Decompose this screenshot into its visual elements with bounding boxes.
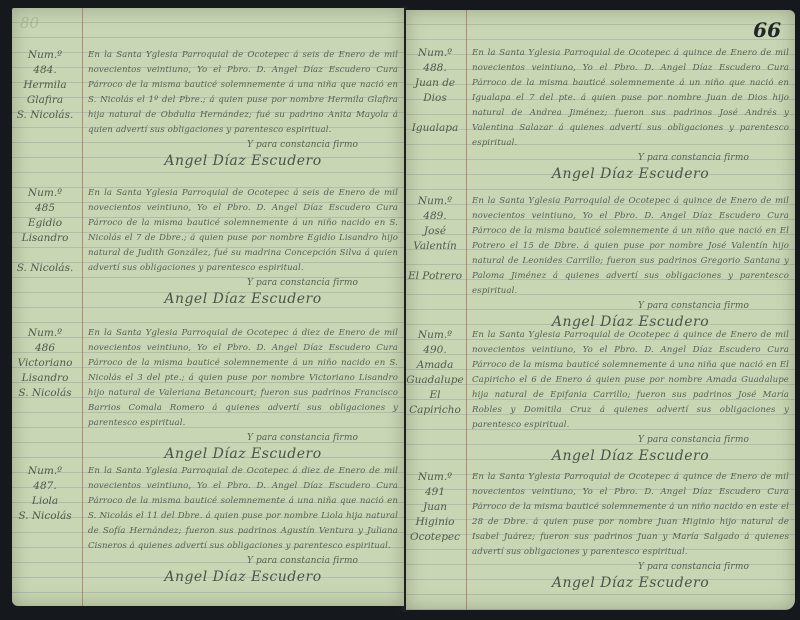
birth-place: El Potrero: [406, 269, 464, 284]
entry-margin-notes: Num.º 488. Juan de Dios Igualapa: [406, 46, 464, 136]
entry-number: 484.: [12, 63, 78, 78]
faint-folio-number: 80: [20, 14, 39, 32]
baptized-name: José: [406, 224, 464, 239]
entry-margin-notes: Num.º 484. Hermila Glafira S. Nicolás.: [12, 48, 78, 123]
closing-formula: Y para constancia firmo: [472, 299, 789, 314]
margin-rule: [82, 8, 83, 606]
entry-paragraph: En la Santa Yglesia Parroquial de Ocotep…: [472, 330, 789, 430]
entry-number: 491: [406, 485, 464, 500]
entry-number-label: Num.º: [12, 464, 78, 479]
baptized-name: Amada: [406, 358, 464, 373]
entry-number: 489.: [406, 209, 464, 224]
entry-number: 485: [12, 201, 78, 216]
baptized-name: Dios: [406, 91, 464, 106]
entry-margin-notes: Num.º 486 Victoriano Lisandro S. Nicolás: [12, 326, 78, 401]
entry-number-label: Num.º: [12, 186, 78, 201]
priest-signature: Angel Díaz Escudero: [472, 449, 789, 464]
right-page: 66 Num.º 488. Juan de Dios Igualapa En l…: [406, 10, 795, 610]
closing-formula: Y para constancia firmo: [472, 433, 789, 448]
baptized-name: Juan de: [406, 76, 464, 91]
entry-number: 487.: [12, 479, 78, 494]
baptized-name: Glafira: [12, 93, 78, 108]
entry-margin-notes: Num.º 489. José Valentín El Potrero: [406, 194, 464, 284]
birth-place: S. Nicolás: [12, 509, 78, 524]
entry-text: En la Santa Yglesia Parroquial de Ocotep…: [88, 48, 398, 169]
register-spread: 80 Num.º 484. Hermila Glafira S. Nicolás…: [0, 0, 800, 620]
priest-signature: Angel Díaz Escudero: [472, 576, 789, 591]
birth-place: S. Nicolás.: [12, 261, 78, 276]
margin-rule: [466, 10, 467, 610]
entry-number-label: Num.º: [406, 46, 464, 61]
entry-number-label: Num.º: [406, 470, 464, 485]
baptized-name: Valentín: [406, 239, 464, 254]
closing-formula: Y para constancia firmo: [472, 151, 789, 166]
entry-paragraph: En la Santa Yglesia Parroquial de Ocotep…: [88, 50, 398, 135]
entry-text: En la Santa Yglesia Parroquial de Ocotep…: [472, 470, 789, 591]
entry-paragraph: En la Santa Yglesia Parroquial de Ocotep…: [472, 196, 789, 296]
baptized-name: Juan: [406, 500, 464, 515]
entry-number-label: Num.º: [406, 194, 464, 209]
closing-formula: Y para constancia firmo: [472, 560, 789, 575]
entry-text: En la Santa Yglesia Parroquial de Ocotep…: [472, 46, 789, 182]
entry-text: En la Santa Yglesia Parroquial de Ocotep…: [88, 464, 398, 585]
entry-paragraph: En la Santa Yglesia Parroquial de Ocotep…: [88, 328, 398, 428]
birth-place: Igualapa: [406, 121, 464, 136]
entry-text: En la Santa Yglesia Parroquial de Ocotep…: [472, 328, 789, 464]
priest-signature: Angel Díaz Escudero: [88, 154, 398, 169]
birth-place: S. Nicolás: [12, 386, 78, 401]
entry-number: 486: [12, 341, 78, 356]
entry-paragraph: En la Santa Yglesia Parroquial de Ocotep…: [88, 188, 398, 273]
entry-number: 490.: [406, 343, 464, 358]
priest-signature: Angel Díaz Escudero: [472, 167, 789, 182]
entry-text: En la Santa Yglesia Parroquial de Ocotep…: [88, 186, 398, 307]
baptized-name: Hermila: [12, 78, 78, 93]
entry-margin-notes: Num.º 487. Liola S. Nicolás: [12, 464, 78, 524]
entry-number: 488.: [406, 61, 464, 76]
left-page: 80 Num.º 484. Hermila Glafira S. Nicolás…: [12, 8, 404, 606]
entry-paragraph: En la Santa Yglesia Parroquial de Ocotep…: [88, 466, 398, 551]
closing-formula: Y para constancia firmo: [88, 138, 398, 153]
priest-signature: Angel Díaz Escudero: [88, 570, 398, 585]
baptized-name: Guadalupe: [406, 373, 464, 388]
entry-margin-notes: Num.º 485 Egidio Lisandro S. Nicolás.: [12, 186, 78, 276]
closing-formula: Y para constancia firmo: [88, 431, 398, 446]
entry-number-label: Num.º: [12, 326, 78, 341]
priest-signature: Angel Díaz Escudero: [88, 292, 398, 307]
baptized-name: Liola: [12, 494, 78, 509]
baptized-name: Victoriano: [12, 356, 78, 371]
closing-formula: Y para constancia firmo: [88, 276, 398, 291]
entry-paragraph: En la Santa Yglesia Parroquial de Ocotep…: [472, 48, 789, 148]
baptized-name: Egidio: [12, 216, 78, 231]
entry-text: En la Santa Yglesia Parroquial de Ocotep…: [472, 194, 789, 330]
priest-signature: Angel Díaz Escudero: [88, 447, 398, 462]
entry-text: En la Santa Yglesia Parroquial de Ocotep…: [88, 326, 398, 462]
entry-number-label: Num.º: [12, 48, 78, 63]
entry-margin-notes: Num.º 490. Amada Guadalupe El Capiricho: [406, 328, 464, 418]
birth-place: S. Nicolás.: [12, 108, 78, 123]
closing-formula: Y para constancia firmo: [88, 554, 398, 569]
entry-margin-notes: Num.º 491 Juan Higinio Ocotepec: [406, 470, 464, 545]
baptized-name: Lisandro: [12, 231, 78, 246]
entry-paragraph: En la Santa Yglesia Parroquial de Ocotep…: [472, 472, 789, 557]
entry-number-label: Num.º: [406, 328, 464, 343]
baptized-name: Higinio: [406, 515, 464, 530]
baptized-name: Lisandro: [12, 371, 78, 386]
birth-place: Ocotepec: [406, 530, 464, 545]
page-number: 66: [753, 18, 781, 42]
birth-place: El Capiricho: [406, 388, 464, 418]
